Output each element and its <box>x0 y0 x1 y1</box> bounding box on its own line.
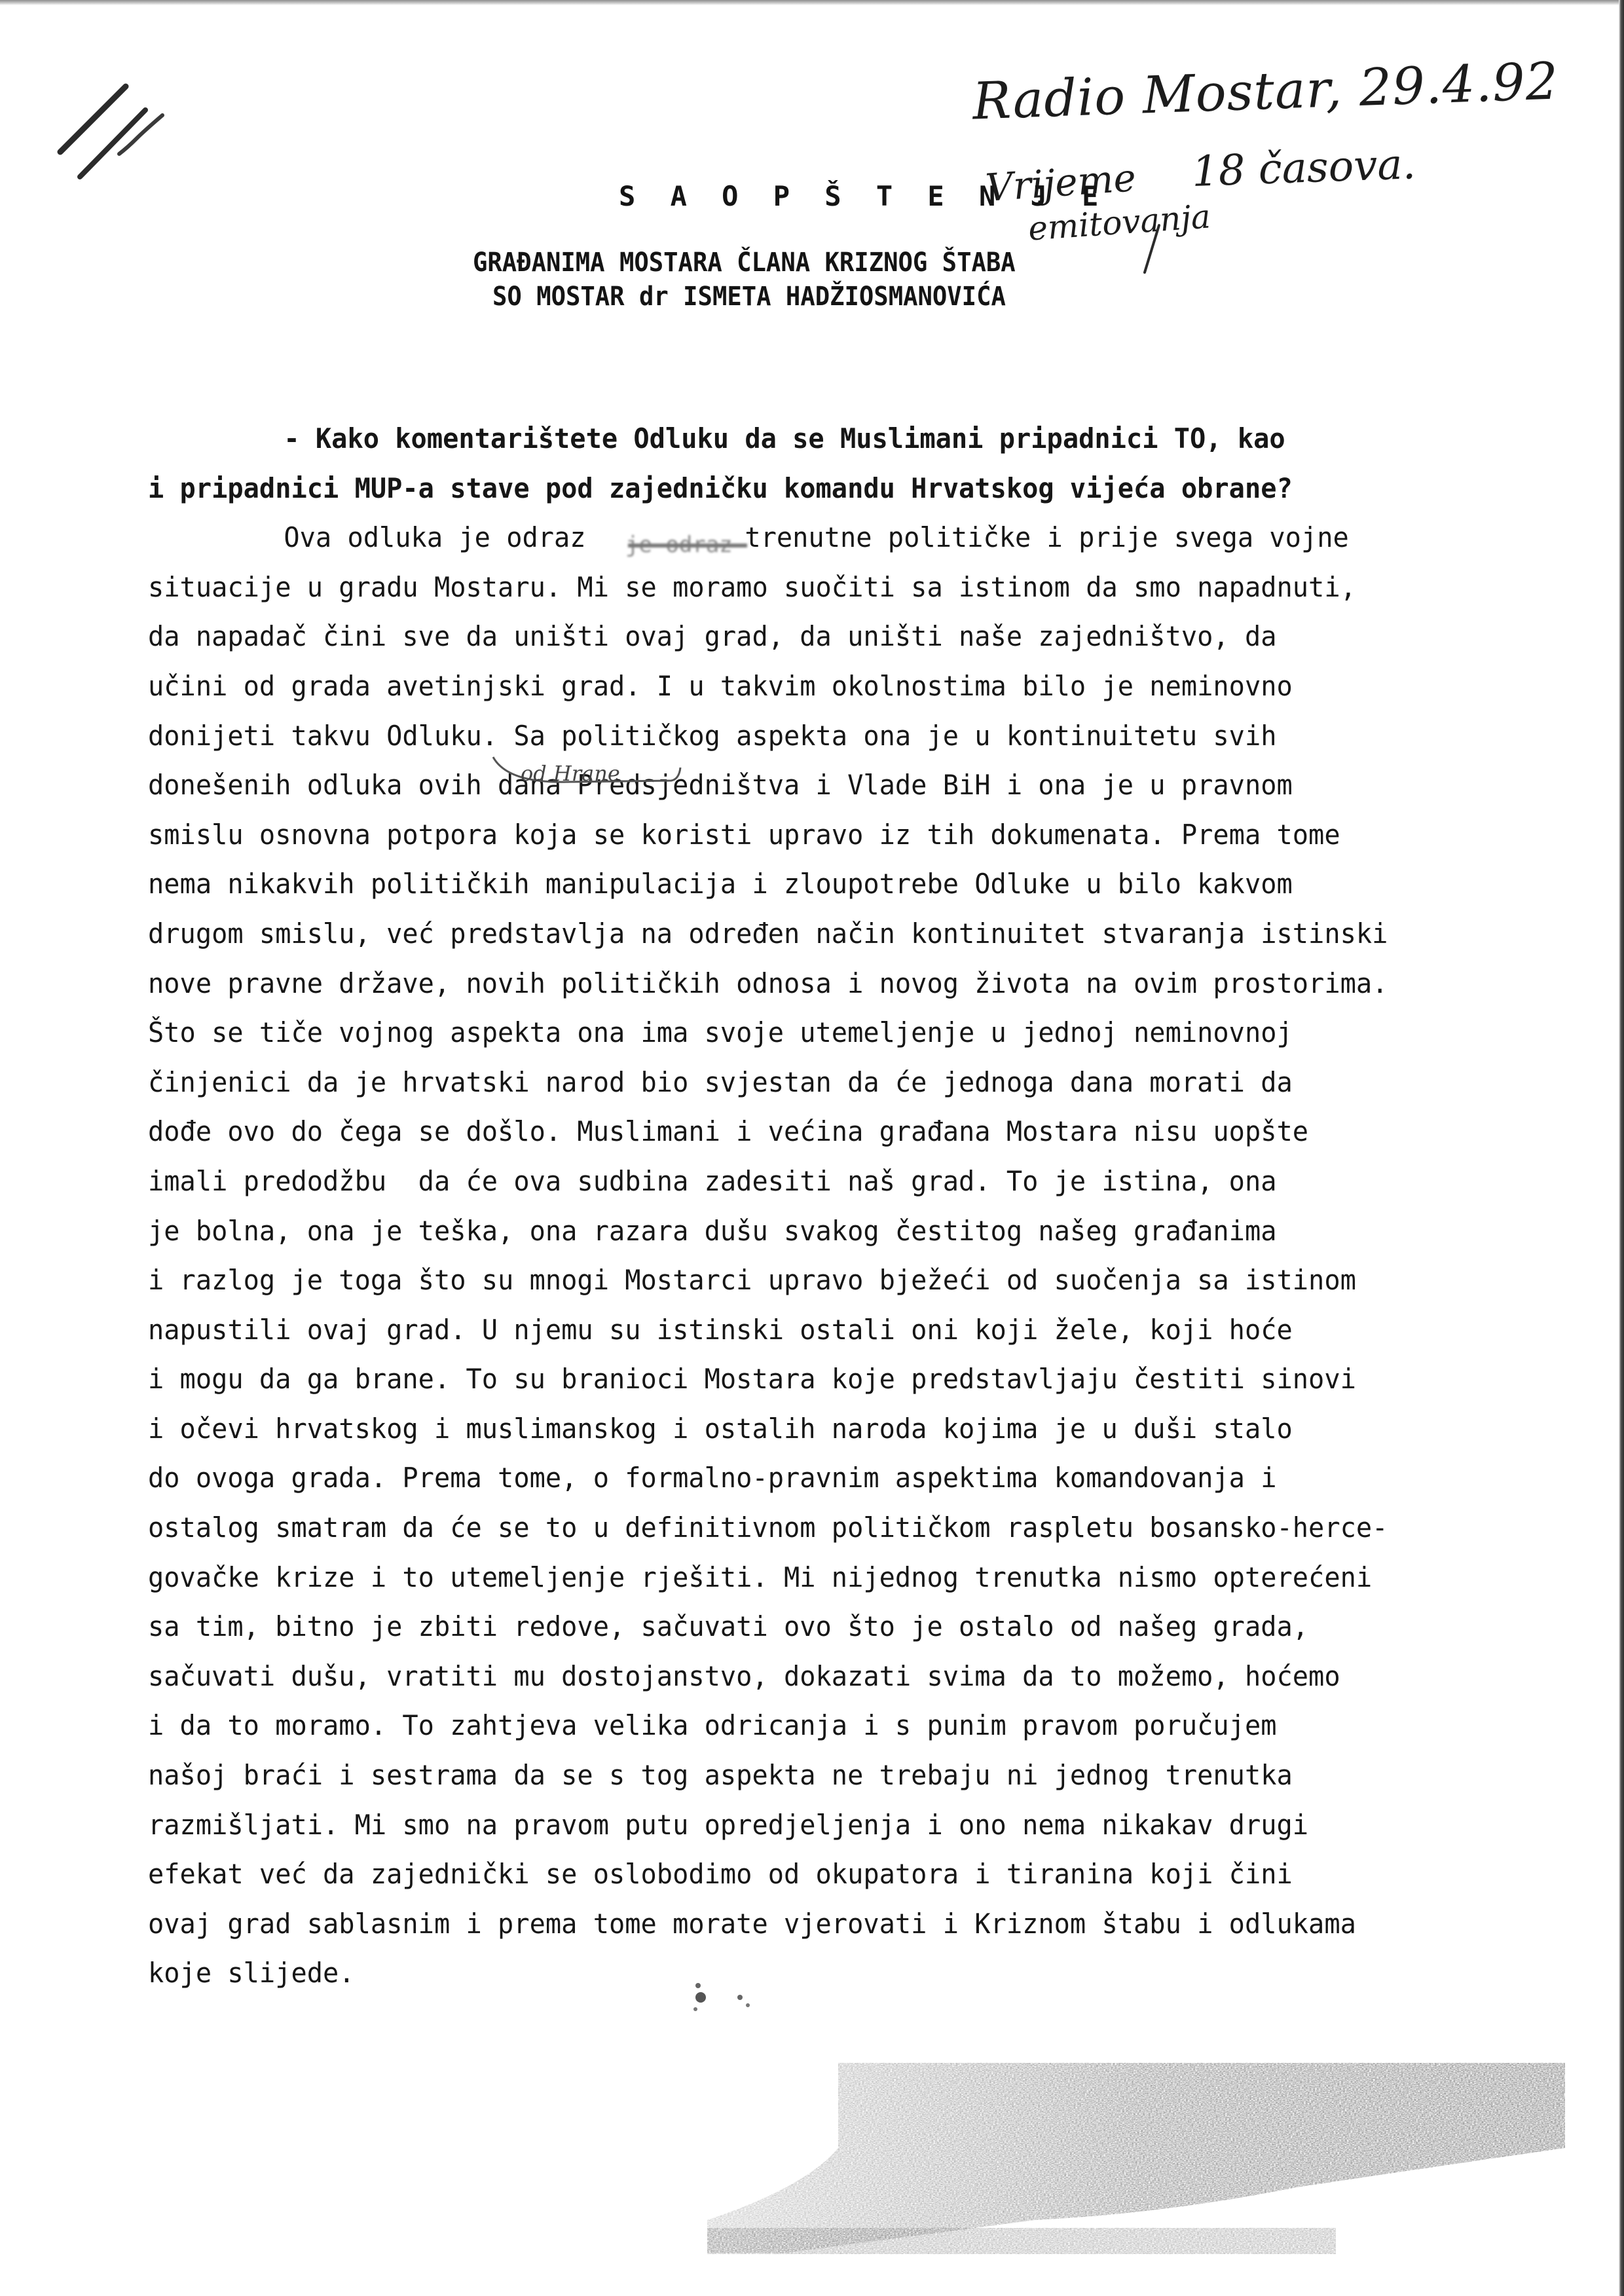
scan-right-edge <box>1619 0 1624 2296</box>
answer-line: je bolna, ona je teška, ona razara dušu … <box>148 1206 1456 1256</box>
answer-line: donijeti takvu Odluku. Sa političkog asp… <box>148 711 1456 761</box>
answer-line: našoj braći i sestrama da se s tog aspek… <box>148 1750 1456 1800</box>
question-line: i pripadnici MUP-a stave pod zajedničku … <box>148 464 1456 513</box>
answer-line: situacije u gradu Mostaru. Mi se moramo … <box>148 563 1456 612</box>
answer-line: drugom smislu, već predstavlja na određe… <box>148 909 1456 959</box>
document-title: S A O P Š T E N J E <box>619 180 1107 212</box>
struck-out-text: je odraz <box>625 532 750 551</box>
answer-line: i da to moramo. To zahtjeva velika odric… <box>148 1701 1456 1750</box>
answer-line: razmišljati. Mi smo na pravom putu opred… <box>148 1800 1456 1850</box>
scanner-shadow <box>707 2056 1578 2272</box>
answer-line: nema nikakvih političkih manipulacija i … <box>148 859 1456 909</box>
handwritten-source-date: Radio Mostar, 29.4.92 <box>972 52 1560 131</box>
answer-line: Ova odluka je odraz trenutne političke i… <box>148 513 1456 563</box>
document-subtitle-line2: SO MOSTAR dr ISMETA HADŽIOSMANOVIĆA <box>492 282 1006 312</box>
answer-line: imali predodžbu da će ova sudbina zadesi… <box>148 1157 1456 1206</box>
answer-line: i očevi hrvatskog i muslimanskog i ostal… <box>148 1404 1456 1454</box>
handwritten-insertion: od Hrane <box>521 761 620 786</box>
handwritten-slash-marks-icon <box>26 79 170 196</box>
handwritten-broadcast-time: 18 časova. <box>1191 140 1416 196</box>
answer-line: smislu osnovna potpora koja se koristi u… <box>148 810 1456 860</box>
answer-line: donešenih odluka ovih dana Predsjedništv… <box>148 760 1456 810</box>
answer-line: učini od grada avetinjski grad. I u takv… <box>148 661 1456 711</box>
answer-line: i razlog je toga što su mnogi Mostarci u… <box>148 1255 1456 1305</box>
answer-line: do ovoga grada. Prema tome, o formalno-p… <box>148 1453 1456 1503</box>
answer-line: da napadač čini sve da uništi ovaj grad,… <box>148 612 1456 661</box>
answer-line: Što se tiče vojnog aspekta ona ima svoje… <box>148 1008 1456 1058</box>
answer-line: i mogu da ga brane. To su branioci Mosta… <box>148 1354 1456 1404</box>
handwritten-stroke-icon <box>1139 223 1166 275</box>
answer-line: dođe ovo do čega se došlo. Muslimani i v… <box>148 1107 1456 1157</box>
document-subtitle-line1: GRAĐANIMA MOSTARA ČLANA KRIZNOG ŠTABA <box>473 248 1016 278</box>
answer-line: napustili ovaj grad. U njemu su istinski… <box>148 1305 1456 1355</box>
answer-line: ostalog smatram da će se to u definitivn… <box>148 1503 1456 1553</box>
scanned-page: Radio Mostar, 29.4.92 18 časova. Vrijeme… <box>0 0 1624 2296</box>
ink-smudge-icon <box>688 1971 819 2024</box>
answer-line: nove pravne države, novih političkih odn… <box>148 959 1456 1009</box>
answer-line: činjenici da je hrvatski narod bio svjes… <box>148 1058 1456 1107</box>
answer-line: ovaj grad sablasnim i prema tome morate … <box>148 1899 1456 1949</box>
answer-line: govačke krize i to utemeljenje rješiti. … <box>148 1553 1456 1602</box>
answer-line: sačuvati dušu, vratiti mu dostojanstvo, … <box>148 1652 1456 1701</box>
answer-line: sa tim, bitno je zbiti redove, sačuvati … <box>148 1602 1456 1652</box>
document-body: - Kako komentarištete Odluku da se Musli… <box>148 414 1510 1998</box>
question-line: - Kako komentarištete Odluku da se Musli… <box>148 414 1456 464</box>
answer-line: efekat već da zajednički se oslobodimo o… <box>148 1849 1456 1899</box>
scan-top-edge <box>0 0 1623 5</box>
